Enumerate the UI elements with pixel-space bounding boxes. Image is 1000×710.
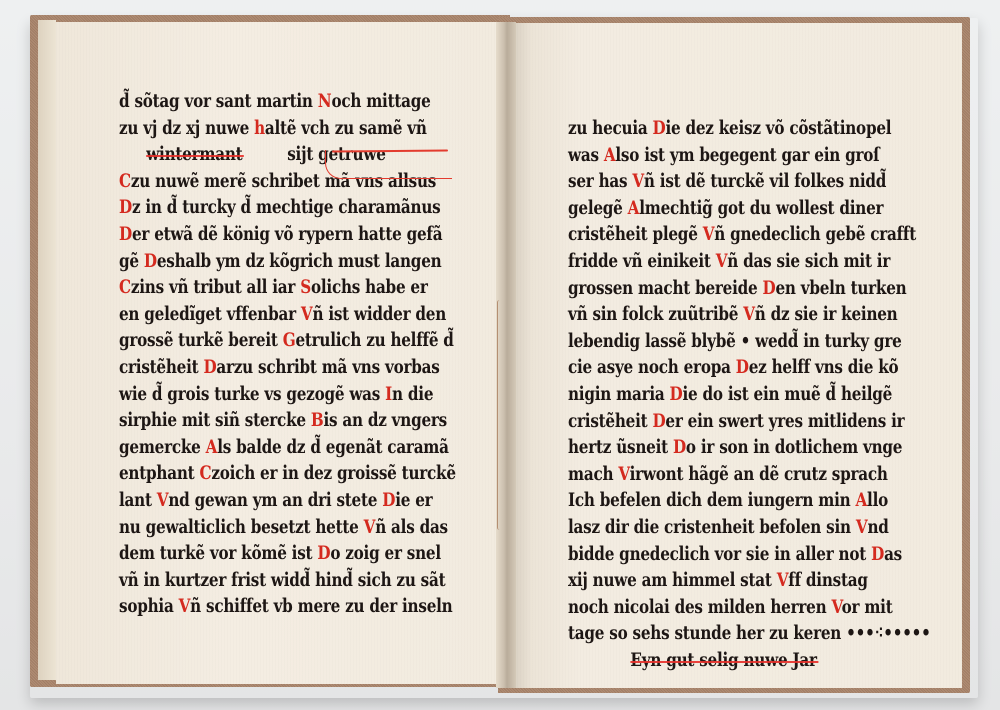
line-text: n die	[392, 383, 433, 405]
rubricated-initial: V	[716, 250, 728, 272]
text-line: was Also ist ym begegent gar ein groſ	[568, 142, 931, 169]
text-line: Ich befelen dich dem iungern min Allo	[568, 487, 931, 514]
text-line: nigin maria Die do ist ein muẽ d̃ heilgẽ	[568, 381, 931, 408]
line-text: gemercke	[119, 436, 206, 458]
text-line: vñ sin folck zuũtribẽ Vñ dz sie ir keine…	[568, 301, 931, 328]
rubricated-initial: S	[300, 276, 311, 298]
rubricated-initial: A	[628, 197, 640, 219]
ornament-dots: •••⁖•••••	[846, 622, 930, 644]
line-text: eshalb ym dz kõgrich must langen	[157, 250, 442, 272]
line-text: er ein swert yres mitlidens ir	[665, 410, 904, 432]
line-text: z in d̃ turcky d̃ mechtige charamãnus	[132, 196, 441, 218]
line-text: tage so sehs stunde her zu keren	[568, 622, 846, 644]
line-text: sophia	[119, 595, 179, 617]
rubricated-initial: N	[318, 90, 332, 112]
text-line: zu hecuia Die dez keisz võ cõstãtinopel	[568, 115, 931, 142]
line-text: noch nicolai des milden herren	[568, 596, 831, 618]
rubricated-initial: V	[703, 223, 715, 245]
line-text: zoich er in dez groissẽ turckẽ	[211, 462, 455, 484]
line-text: en vbeln turken	[775, 277, 906, 299]
endpaper-edge	[38, 20, 56, 680]
right-page-text: zu hecuia Die dez keisz võ cõstãtinopel …	[568, 115, 931, 673]
line-text: cristẽheit plegẽ	[568, 223, 703, 245]
line-text: vñ in kurtzer frist widd̃ hind̃ sich zu …	[119, 569, 445, 591]
line-text: ff dinstag	[788, 569, 867, 591]
text-line: d̃ sõtag vor sant martin Noch mittage	[119, 88, 456, 115]
line-text: zu vj dz xj nuwe	[119, 117, 254, 139]
rubricated-initial: D	[652, 410, 665, 432]
line-text: zins vñ tribut all iar	[131, 276, 300, 298]
line-text: hertz ũsneit	[568, 436, 673, 458]
text-line: lant Vnd gewan ym an dri stete Die er	[119, 487, 456, 514]
line-text: dem turkẽ vor kõmẽ ist	[119, 542, 317, 564]
text-line: cristẽheit Darzu schribt mã vns vorbas	[119, 354, 456, 381]
line-text: ls balde dz d̃ egenãt caramã	[217, 436, 449, 458]
rubricated-initial: D	[317, 542, 330, 564]
rubricated-initial: h	[254, 117, 265, 139]
rubricated-initial: C	[119, 276, 131, 298]
line-text: as	[884, 543, 902, 565]
line-text: ñ schiffet vb mere zu der inseln	[190, 595, 452, 617]
rubricated-initial: V	[301, 303, 313, 325]
rubricated-initial: D	[203, 356, 216, 378]
red-circle-mark	[325, 150, 452, 179]
line-text: fridde vñ einikeit	[568, 250, 716, 272]
line-text: o zoig er snel	[330, 542, 441, 564]
line-text: lebendig lassẽ blybẽ • wedd̃ in turky gr…	[568, 330, 902, 352]
line-text: nigin maria	[568, 383, 670, 405]
text-line: Der etwã dẽ könig võ rypern hatte gefã	[119, 221, 456, 248]
line-text: nu gewalticlich besetzt hette	[119, 516, 364, 538]
rubricated-initial: V	[856, 516, 868, 538]
text-line: mach Virwont hãgẽ an dẽ crutz sprach	[568, 461, 931, 488]
text-line: gelegẽ Almechtig̃ got du wollest diner	[568, 195, 931, 222]
text-line: xij nuwe am himmel stat Vff dinstag	[568, 567, 931, 594]
line-text: o ir son in dotlichem vnge	[686, 436, 902, 458]
line-text: ez helff vns die kõ	[749, 356, 899, 378]
line-text: en geledĩget vffenbar	[119, 303, 301, 325]
rubricated-initial: V	[743, 303, 755, 325]
rubricated-initial: V	[777, 569, 789, 591]
rubricated-initial: A	[855, 489, 867, 511]
text-line: nu gewalticlich besetzt hette Vñ als das	[119, 514, 456, 541]
rubricated-initial: A	[604, 144, 616, 166]
text-line: bidde gnedeclich vor sie in aller not Da…	[568, 541, 931, 568]
line-text: arzu schribt mã vns vorbas	[216, 356, 439, 378]
rubricated-initial: D	[670, 383, 683, 405]
line-text: olichs habe er	[311, 276, 428, 298]
line-text: sirphie mit siñ stercke	[119, 409, 311, 431]
line-text: ñ das sie sich mit ir	[727, 250, 890, 272]
text-line: Czins vñ tribut all iar Solichs habe er	[119, 274, 456, 301]
line-text: ie dez keisz võ cõstãtinopel	[665, 117, 891, 139]
text-line: hertz ũsneit Do ir son in dotlichem vnge	[568, 434, 931, 461]
text-line: grossen macht bereide Den vbeln turken	[568, 275, 931, 302]
rubricated-initial: G	[283, 329, 296, 351]
line-text: cristẽheit	[119, 356, 203, 378]
line-text: zu hecuia	[568, 117, 653, 139]
text-line: Eyn gut selig nuwe Jar	[568, 647, 931, 674]
rubricated-initial: D	[382, 489, 395, 511]
text-line: dem turkẽ vor kõmẽ ist Do zoig er snel	[119, 540, 456, 567]
line-text: cie asye noch eropa	[568, 356, 736, 378]
rubricated-initial: D	[736, 356, 749, 378]
line-text: ñ ist widder den	[312, 303, 446, 325]
text-line: vñ in kurtzer frist widd̃ hind̃ sich zu …	[119, 567, 456, 594]
line-text: nd	[867, 516, 888, 538]
rubricated-initial: V	[831, 596, 841, 618]
line-text: ñ dz sie ir keinen	[755, 303, 898, 325]
line-text: nd gewan ym an dri stete	[168, 489, 382, 511]
rubricated-initial: V	[157, 489, 169, 511]
text-line: fridde vñ einikeit Vñ das sie sich mit i…	[568, 248, 931, 275]
rubricated-initial: V	[618, 463, 629, 485]
line-text: lasz dir die cristenheit befolen sin	[568, 516, 856, 538]
text-line: en geledĩget vffenbar Vñ ist widder den	[119, 301, 456, 328]
text-line: cristẽheit Der ein swert yres mitlidens …	[568, 408, 931, 435]
text-line: tage so sehs stunde her zu keren •••⁖•••…	[568, 620, 931, 647]
line-text: grossen macht bereide	[568, 277, 763, 299]
text-line: entphant Czoich er in dez groissẽ turckẽ	[119, 460, 456, 487]
text-line: gemercke Als balde dz d̃ egenãt caramã	[119, 434, 456, 461]
line-text: mach	[568, 463, 618, 485]
line-text: altẽ vch zu samẽ vñ	[265, 117, 427, 139]
rubricated-initial: V	[364, 516, 376, 538]
line-text: etrulich zu helffẽ d̃	[295, 329, 453, 351]
line-text: gẽ	[119, 250, 144, 272]
line-text: ñ ist dẽ turckẽ vil folkes nidd̃	[644, 170, 886, 192]
text-line: cie asye noch eropa Dez helff vns die kõ	[568, 354, 931, 381]
rubricated-initial: V	[632, 170, 644, 192]
line-text: lmechtig̃ got du wollest diner	[639, 197, 883, 219]
text-line: sophia Vñ schiffet vb mere zu der inseln	[119, 593, 456, 620]
text-line: gẽ Deshalb ym dz kõgrich must langen	[119, 248, 456, 275]
line-text: xij nuwe am himmel stat	[568, 569, 777, 591]
line-text: ñ gnedeclich gebẽ crafft	[714, 223, 916, 245]
line-text: ie er	[395, 489, 432, 511]
text-line: cristẽheit plegẽ Vñ gnedeclich gebẽ craf…	[568, 221, 931, 248]
line-text: lant	[119, 489, 157, 511]
text-line: noch nicolai des milden herren Vor mit	[568, 594, 931, 621]
line-text: wie d̃ grois turke vs gezogẽ was	[119, 383, 385, 405]
rubricated-initial: D	[144, 250, 157, 272]
line-text: irwont hãgẽ an dẽ crutz sprach	[630, 463, 888, 485]
line-text: or mit	[842, 596, 893, 618]
rubricated-initial: D	[871, 543, 884, 565]
line-text: ñ als das	[375, 516, 448, 538]
text-line: grossẽ turkẽ bereit Getrulich zu helffẽ …	[119, 327, 456, 354]
line-text: ie do ist ein muẽ d̃ heilgẽ	[683, 383, 893, 405]
text-line: Dz in d̃ turcky d̃ mechtige charamãnus	[119, 194, 456, 221]
text-line: ser has Vñ ist dẽ turckẽ vil folkes nidd…	[568, 168, 931, 195]
rubricated-initial: A	[206, 436, 218, 458]
binding-thread	[497, 300, 502, 530]
text-line: zu vj dz xj nuwe haltẽ vch zu samẽ vñ	[119, 115, 456, 142]
line-text: is an dz vngers	[323, 409, 447, 431]
rubricated-initial: D	[119, 196, 132, 218]
text-line: lasz dir die cristenheit befolen sin Vnd	[568, 514, 931, 541]
line-text: gelegẽ	[568, 197, 628, 219]
line-text: cristẽheit	[568, 410, 652, 432]
text-line: lebendig lassẽ blybẽ • wedd̃ in turky gr…	[568, 328, 931, 355]
rubricated-initial: D	[673, 436, 686, 458]
rubricated-initial: B	[311, 409, 324, 431]
line-text: was	[568, 144, 604, 166]
line-text: lso ist ym begegent gar ein groſ	[615, 144, 879, 166]
line-text: ser has	[568, 170, 632, 192]
text-line: wie d̃ grois turke vs gezogẽ was In die	[119, 381, 456, 408]
line-text: bidde gnedeclich vor sie in aller not	[568, 543, 871, 565]
line-text: grossẽ turkẽ bereit	[119, 329, 283, 351]
line-text: llo	[867, 489, 888, 511]
rubricated-initial: D	[653, 117, 666, 139]
rubricated-initial: C	[119, 170, 131, 192]
line-text: vñ sin folck zuũtribẽ	[568, 303, 743, 325]
line-text: entphant	[119, 462, 199, 484]
line-text: er etwã dẽ könig võ rypern hatte gefã	[132, 223, 442, 245]
rubricated-initial: D	[119, 223, 132, 245]
line-text: d̃ sõtag vor sant martin	[119, 90, 318, 112]
rubricated-initial: D	[763, 277, 776, 299]
rubricated-initial: C	[199, 462, 211, 484]
rubricated-initial: V	[179, 595, 191, 617]
struck-word: wintermant	[146, 141, 242, 168]
closing-line-struck: Eyn gut selig nuwe Jar	[630, 647, 816, 674]
line-text: och mittage	[331, 90, 430, 112]
line-text: Ich befelen dich dem iungern min	[568, 489, 855, 511]
text-line: sirphie mit siñ stercke Bis an dz vngers	[119, 407, 456, 434]
